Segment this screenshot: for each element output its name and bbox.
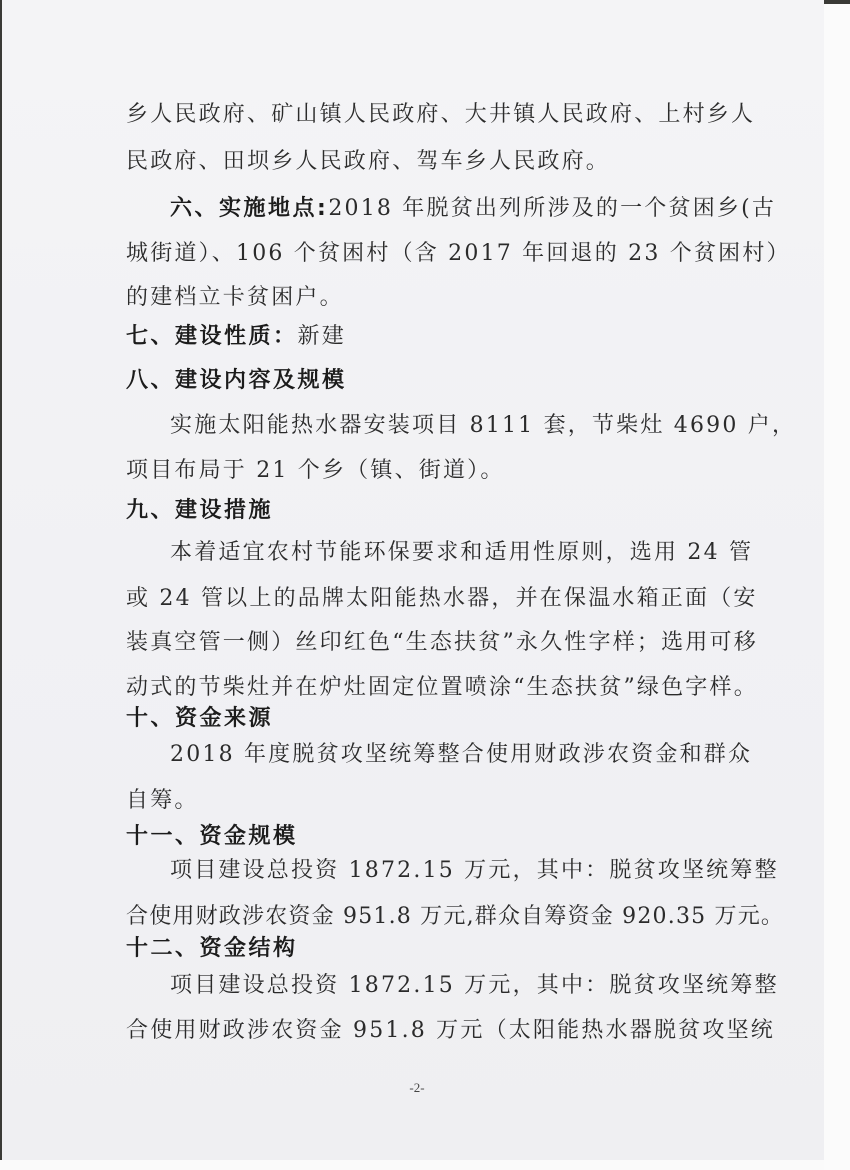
text-line: 本着适宜农村节能环保要求和适用性原则，选用 24 管 [170,538,753,568]
section-9-heading: 九、建设措施 [126,496,273,526]
section-11-heading: 十一、资金规模 [126,822,298,852]
scan-edge-right [824,4,850,1170]
page-number: -2- [402,1080,432,1096]
text-line: 实施太阳能热水器安装项目 8111 套，节柴灶 4690 户， [170,411,796,441]
section-6-text: 2018 年脱贫出列所涉及的一个贫困乡(古 [328,196,776,221]
text-line: 装真空管一侧）丝印红色“生态扶贫”永久性字样；选用可移 [126,628,758,658]
text-line: 乡人民政府、矿山镇人民政府、大井镇人民政府、上村乡人 [126,100,755,130]
text-line: 城街道）、106 个贫困村（含 2017 年回退的 23 个贫困村） [126,239,791,269]
section-8-heading: 八、建设内容及规模 [126,366,347,396]
text-line: 或 24 管以上的品牌太阳能热水器，并在保温水箱正面（安 [126,584,758,614]
section-6-heading: 六、实施地点: [170,196,328,221]
scan-edge-bottom [0,1160,824,1170]
text-line: 项目布局于 21 个乡（镇、街道）。 [126,456,505,486]
text-line: 合使用财政涉农资金 951.8 万元,群众自筹资金 920.35 万元。 [126,902,784,932]
section-12-heading: 十二、资金结构 [126,934,298,964]
text-line: 合使用财政涉农资金 951.8 万元（太阳能热水器脱贫攻坚统 [126,1016,775,1046]
section-7-text: 新建 [298,324,346,349]
text-line: 的建档立卡贫困户。 [126,283,344,313]
section-7-line: 七、建设性质：新建 [126,322,346,352]
text-line: 2018 年度脱贫攻坚统筹整合使用财政涉农资金和群众 [170,740,752,770]
text-line: 民政府、田坝乡人民政府、驾车乡人民政府。 [126,147,610,177]
text-line: 项目建设总投资 1872.15 万元，其中：脱贫攻坚统筹整 [170,971,779,1001]
text-line: 项目建设总投资 1872.15 万元，其中：脱贫攻坚统筹整 [170,856,779,886]
text-line: 动式的节柴灶并在炉灶固定位置喷涂“生态扶贫”绿色字样。 [126,673,758,703]
document-page: 乡人民政府、矿山镇人民政府、大井镇人民政府、上村乡人 民政府、田坝乡人民政府、驾… [2,0,824,1160]
section-6-line: 六、实施地点:2018 年脱贫出列所涉及的一个贫困乡(古 [170,194,776,224]
section-10-heading: 十、资金来源 [126,704,273,734]
section-7-heading: 七、建设性质： [126,324,298,349]
text-line: 自筹。 [126,786,199,816]
